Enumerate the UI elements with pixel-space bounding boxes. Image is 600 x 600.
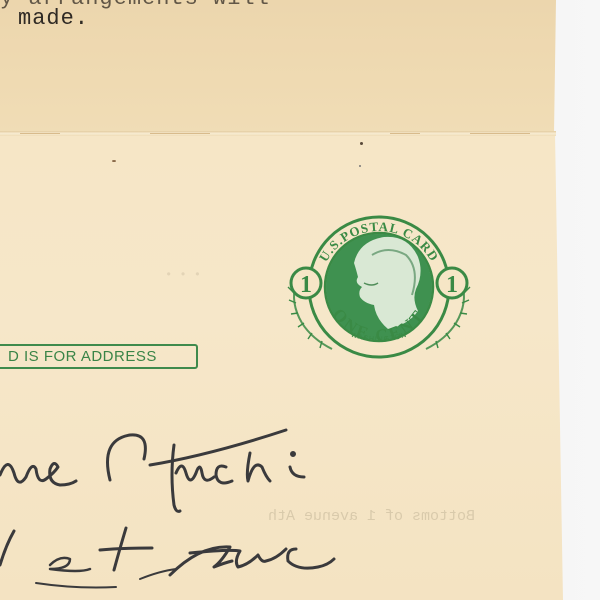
handwritten-address bbox=[0, 425, 420, 600]
ink-speck bbox=[360, 142, 363, 145]
denomination-right: 1 bbox=[446, 272, 458, 298]
perforation bbox=[150, 133, 210, 134]
show-through-text: • • • bbox=[165, 268, 201, 282]
postage-stamp-icon: 1 1 U.S.POSTAL CARD ONE CENT WASHINGTON bbox=[284, 213, 474, 365]
perforation bbox=[20, 133, 60, 134]
ink-speck bbox=[359, 165, 361, 167]
typed-line: made. bbox=[18, 6, 89, 31]
address-label: D IS FOR ADDRESS bbox=[0, 344, 198, 369]
perforation bbox=[390, 133, 420, 134]
denomination-left: 1 bbox=[300, 272, 312, 298]
perforation bbox=[470, 133, 530, 134]
ink-speck bbox=[112, 160, 116, 162]
